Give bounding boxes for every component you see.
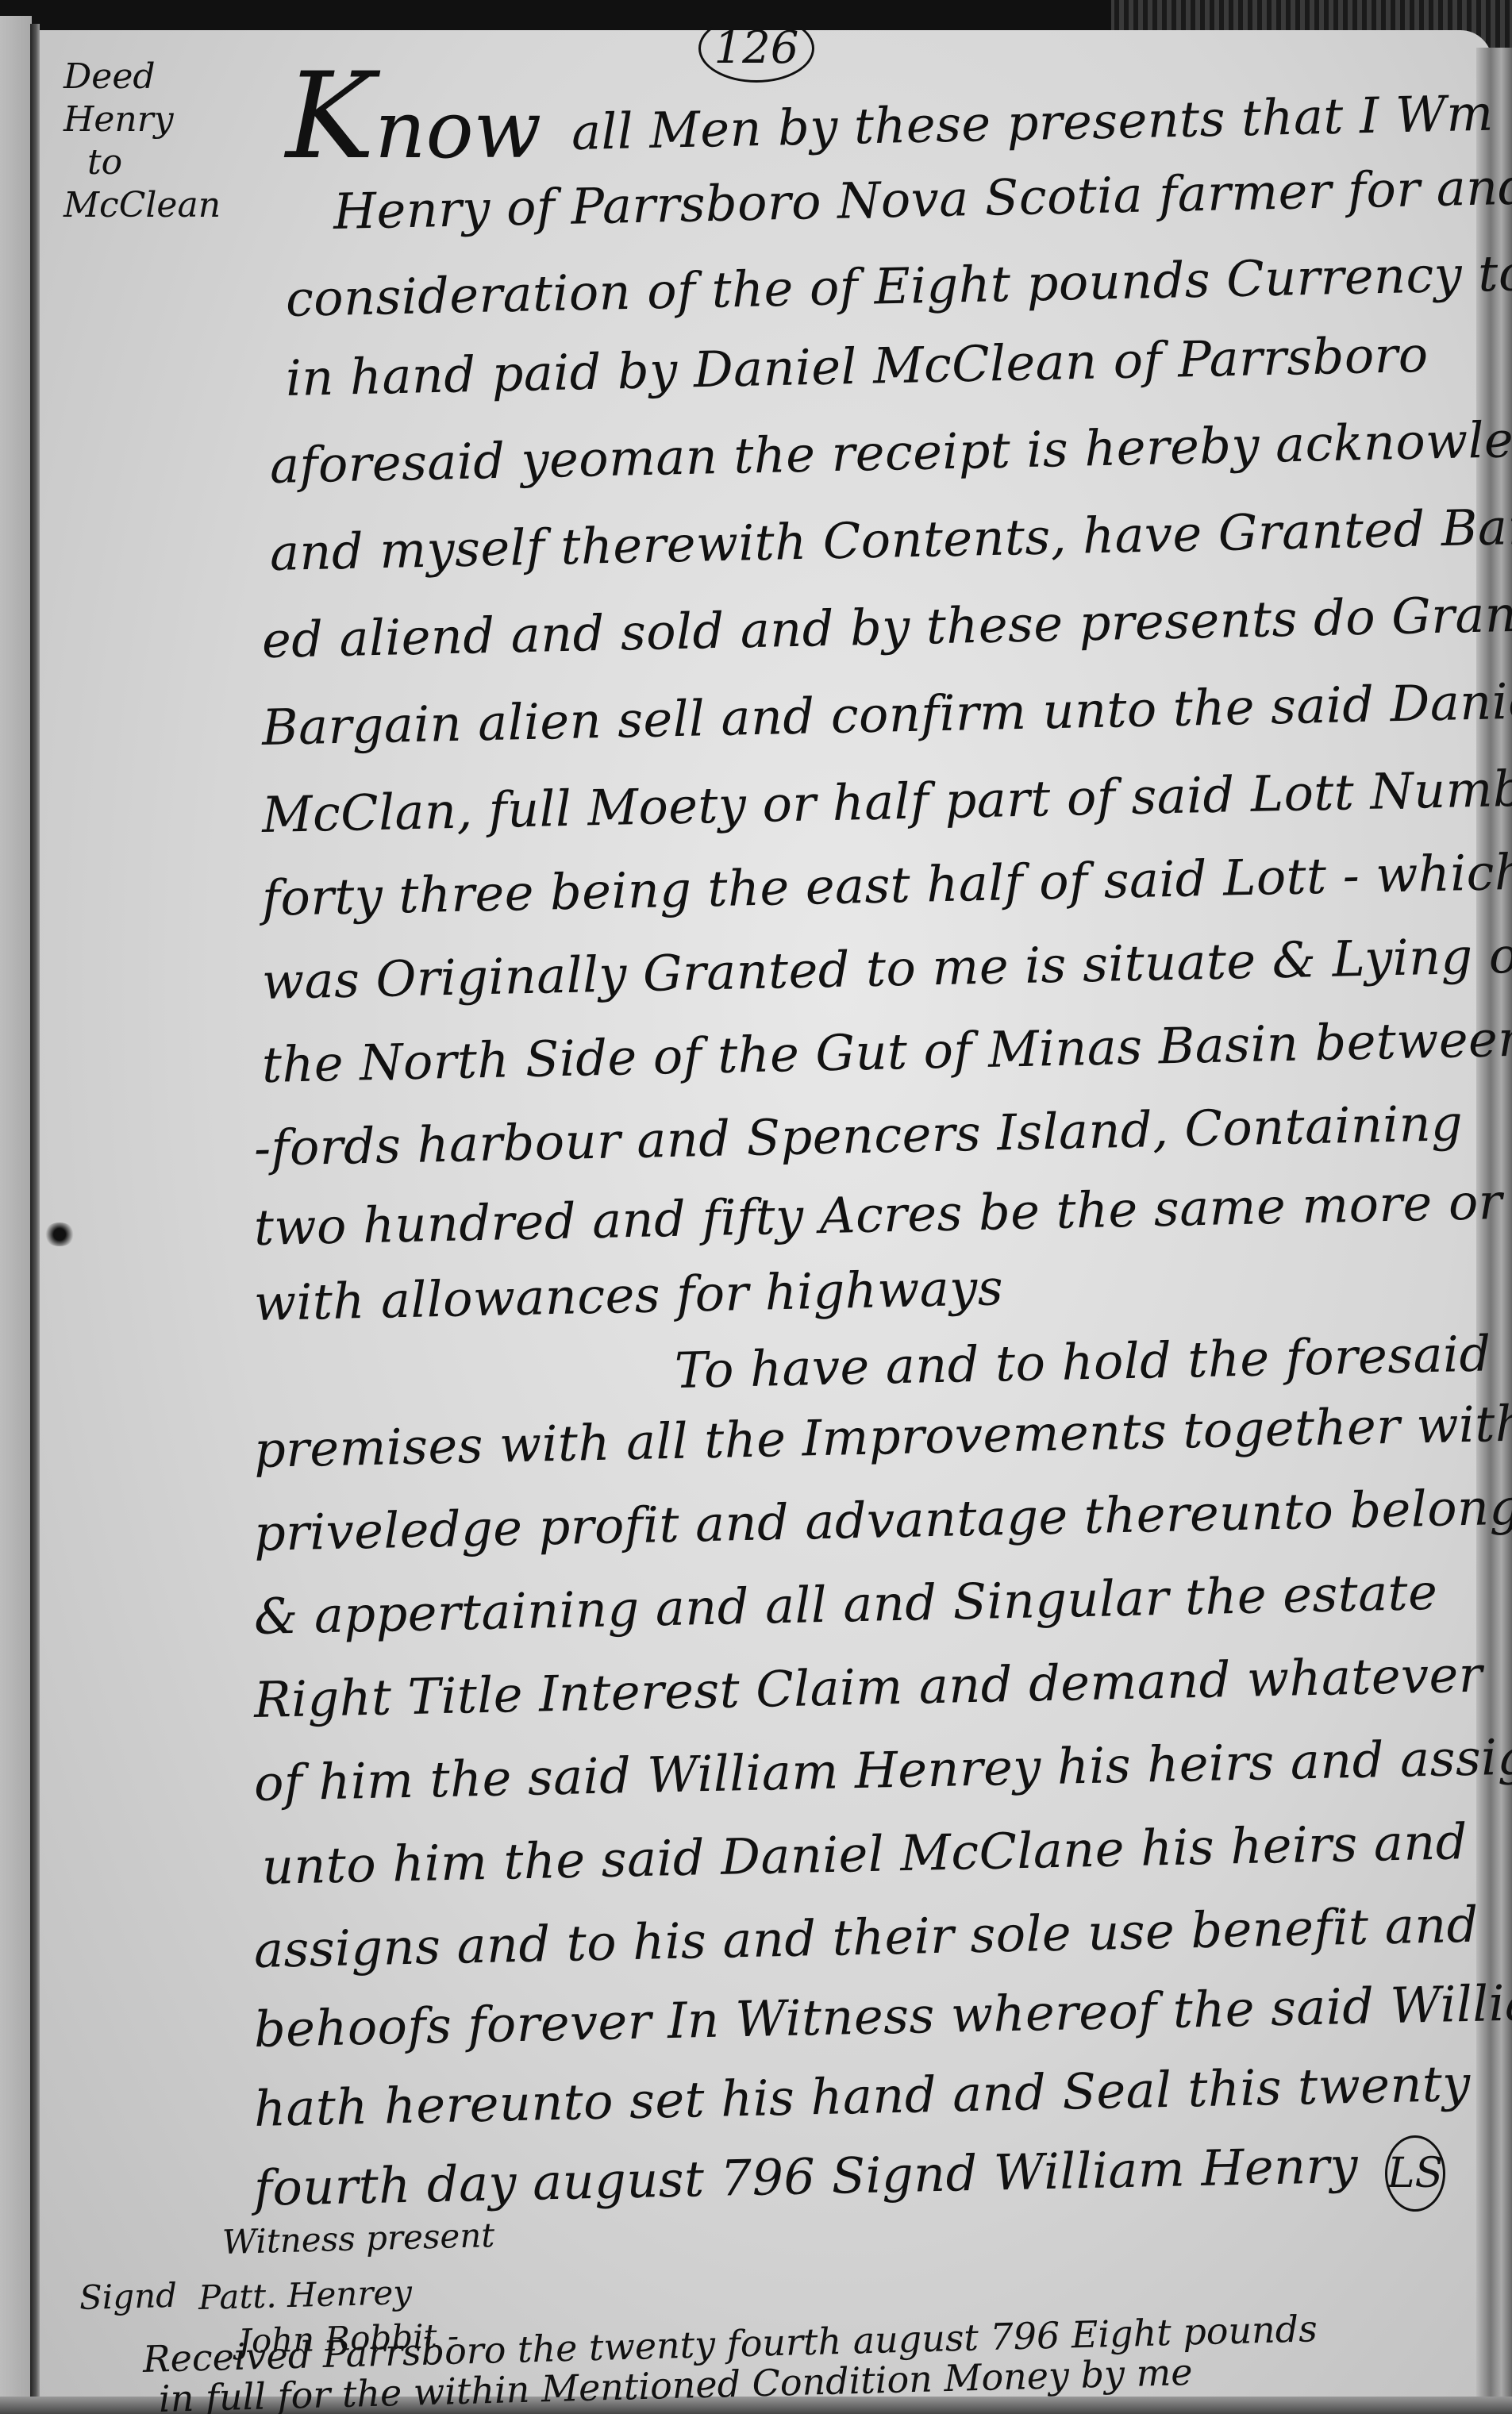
witness-signed-label: Signd	[79, 2276, 177, 2317]
binding-shadow	[0, 0, 1111, 32]
witness-heading: Witness present	[221, 2216, 494, 2262]
margin-title-line: Henry	[63, 98, 221, 141]
margin-title-line: McClean	[63, 184, 221, 227]
margin-title-line: to	[63, 141, 221, 184]
drop-cap-letter: K	[286, 48, 375, 186]
book-gutter	[30, 24, 40, 2414]
ink-blot	[44, 1222, 75, 1246]
seal-mark: LS	[1385, 2135, 1445, 2212]
opening-word: now	[375, 83, 541, 176]
witness-name: Patt. Henrey	[198, 2273, 412, 2317]
page-number: 126	[698, 14, 814, 83]
margin-title-line: Deed	[63, 56, 221, 98]
opening-drop-cap: Know	[286, 48, 541, 186]
margin-title: Deed Henry to McClean	[63, 56, 221, 227]
facing-page-edge	[0, 16, 32, 2414]
